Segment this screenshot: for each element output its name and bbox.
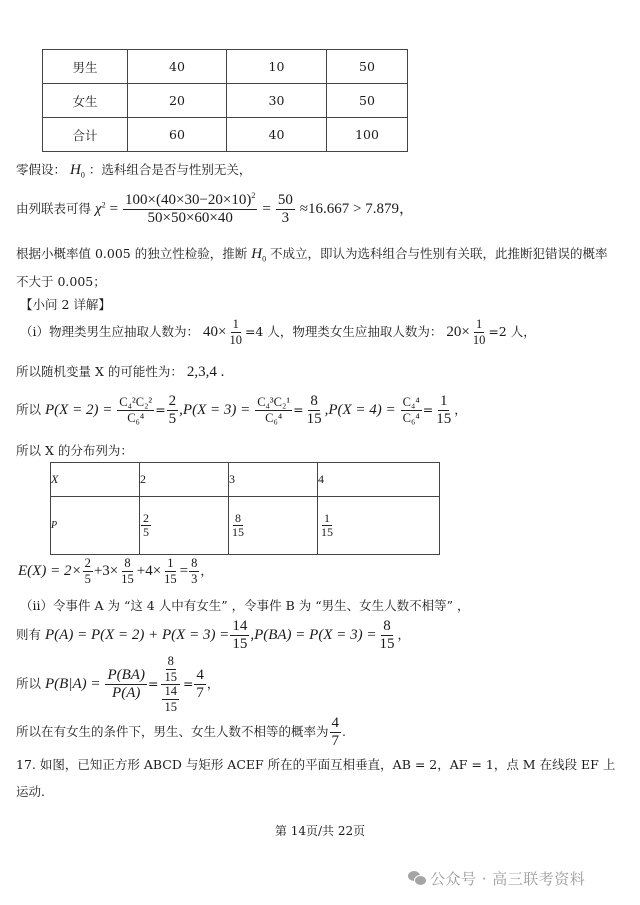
operator: +3× [94, 563, 118, 579]
sampling-text: （ⅰ）物理类男生应抽取人数为： [20, 324, 199, 339]
fraction: 815 [305, 393, 324, 428]
fraction: 815 [119, 557, 136, 586]
equals-sign: = [110, 201, 118, 217]
denominator: 3 [280, 210, 292, 227]
equals-sign: = [262, 201, 270, 217]
header-cell: 3 [229, 463, 318, 497]
denominator: 3 [189, 572, 199, 586]
pa-prefix: 则有 [16, 627, 41, 642]
denominator: 15 [319, 526, 335, 540]
table-cell: 100 [327, 118, 408, 152]
numerator: C₄²C₂² [117, 396, 154, 411]
fraction: 25 [83, 557, 93, 586]
fraction: 110 [471, 318, 488, 347]
hypothesis-text: ：选科组合是否与性别无关， [89, 162, 252, 177]
fraction: 1415 [230, 618, 249, 653]
punctuation: ， [397, 627, 410, 642]
part2-heading: 【小问 2 详解】 [20, 295, 111, 313]
numerator: 14 [230, 618, 249, 636]
table-cell: 815 [229, 497, 318, 555]
chi-comparison: ≈16.667 > 7.879， [300, 201, 414, 217]
sampling-line: （ⅰ）物理类男生应抽取人数为： 40×110=4 人，物理类女生应抽取人数为： … [20, 318, 536, 347]
row-label: 女生 [43, 84, 128, 118]
table-cell: 20 [128, 84, 227, 118]
distribution-intro: 所以 X 的分布列为： [16, 441, 133, 459]
final-answer: 所以在有女生的条件下，男生、女生人数不相等的概率为47. [16, 715, 346, 750]
numerator: P(BA) [105, 667, 146, 685]
fraction: 83 [189, 557, 199, 586]
table-row: X 2 3 4 [51, 463, 440, 497]
header-cell: 2 [140, 463, 229, 497]
calc-factor: 20× [446, 324, 469, 340]
numerator: 8 [233, 512, 243, 526]
numerator: 2 [141, 512, 151, 526]
comb-fraction: C₄³C₂¹C₆⁴ [255, 396, 292, 425]
h0-subscript: 0 [262, 255, 266, 264]
numerator: 50 [276, 192, 295, 210]
denominator: 7 [330, 733, 342, 750]
table-row: 合计 60 40 100 [43, 118, 408, 152]
numerator: 4 [194, 667, 206, 685]
table-row: P 25 815 115 [51, 497, 440, 555]
numerator: 8 [189, 557, 199, 572]
fraction: 47 [194, 667, 206, 702]
denominator: 15 [164, 670, 177, 684]
p-x-2-label: P(X = 2) = [45, 402, 112, 418]
header-cell: X [51, 463, 140, 497]
numerator: C₄⁴ [401, 396, 422, 411]
events-definition: （ⅱ）令事件 A 为 “这 4 人中有女生” ，令事件 B 为 “男生、女生人数… [20, 596, 469, 614]
numerator: 1 [438, 393, 450, 411]
numerator: C₄³C₂¹ [255, 396, 292, 411]
table-cell: 60 [128, 118, 227, 152]
conclusion-text: 根据小概率值 0.005 的独立性检验，推断 [16, 246, 247, 261]
problem-17-line-2: 运动. [16, 782, 45, 800]
denominator: 5 [167, 411, 179, 428]
numerator: 2 [167, 393, 179, 411]
chi-denominator: 50×50×60×40 [146, 210, 235, 227]
h0-symbol: H [251, 246, 262, 262]
table-row: 女生 20 30 50 [43, 84, 408, 118]
numerator: 8 [122, 557, 132, 572]
contingency-table: 男生 40 10 50 女生 20 30 50 合计 60 40 100 [42, 49, 408, 152]
fraction: 25 [141, 512, 151, 540]
denominator: 15 [434, 411, 453, 428]
values-line: 所以随机变量 X 的可能性为： 2,3,4 . [16, 362, 224, 381]
fraction: 115 [319, 512, 335, 540]
fraction: 115 [162, 557, 179, 586]
denominator: C₆⁴ [401, 411, 422, 425]
table-cell: 50 [327, 50, 408, 84]
denominator: 5 [141, 526, 151, 540]
pa-line: 则有 P(A) = P(X = 2) + P(X = 3) =1415,P(BA… [16, 618, 410, 653]
expectation-label: E(X) = 2× [18, 563, 82, 579]
chi-prefix: 由列联表可得 [16, 201, 91, 216]
punctuation: ， [207, 676, 220, 691]
numerator: 8 [308, 393, 320, 411]
fraction: 47 [330, 715, 342, 750]
chi-exponent: 2 [102, 201, 106, 210]
problem-17-line-1: 17. 如图，已知正方形 ABCD 与矩形 ACEF 所在的平面互相垂直，AB … [16, 755, 615, 773]
numerator: 1 [474, 318, 484, 333]
calc-result: =4 人，物理类女生应抽取人数为： [245, 324, 442, 339]
denominator: 5 [83, 572, 93, 586]
watermark: 公众号 · 高三联考资料 [408, 868, 585, 889]
punctuation: ， [200, 563, 213, 578]
nested-fraction: 815 1415 [159, 655, 182, 714]
numerator: 1 [165, 557, 175, 572]
operator: +4× [137, 563, 161, 579]
p-label-cell: P [51, 497, 140, 555]
chi-numerator: 100×(40×30−20×10) [125, 192, 251, 208]
cond-prefix: 所以 [16, 676, 41, 691]
p-x-3-label: ,P(X = 3) = [179, 402, 250, 418]
numerator: 2 [83, 557, 93, 572]
chi-square-formula: 由列联表可得 χ2 = 100×(40×30−20×10)2 50×50×60×… [16, 192, 414, 227]
denominator: 15 [377, 636, 396, 653]
table-cell: 10 [227, 50, 327, 84]
table-cell: 115 [318, 497, 440, 555]
numerator: 8 [166, 655, 176, 670]
pa-expression: P(A) = P(X = 2) + P(X = 3) = [45, 627, 229, 643]
final-text: 所以在有女生的条件下，男生、女生人数不相等的概率为 [16, 724, 329, 739]
denominator: C₆⁴ [263, 411, 284, 425]
table-row: 男生 40 10 50 [43, 50, 408, 84]
h0-subscript: 0 [81, 171, 85, 180]
page-number: 第 14页/共 22页 [0, 822, 640, 839]
expectation-line: E(X) = 2×25+3×815+4×115=83， [18, 557, 213, 586]
pba-expression: ,P(BA) = P(X = 3) = [250, 627, 376, 643]
conclusion-line-1: 根据小概率值 0.005 的独立性检验，推断 H0 不成立，即认为选科组合与性别… [16, 244, 608, 264]
punctuation: . [342, 724, 346, 739]
chi-numerator-exponent: 2 [251, 191, 255, 200]
denominator: 15 [230, 526, 246, 540]
fraction: 815 [164, 655, 177, 684]
table-cell: 40 [128, 50, 227, 84]
denominator: 15 [230, 636, 249, 653]
distribution-table: X 2 3 4 P 25 815 115 [50, 462, 440, 555]
fraction: P(BA)P(A) [105, 667, 146, 702]
denominator: 7 [194, 685, 206, 702]
table-cell: 30 [227, 84, 327, 118]
fraction: 25 [167, 393, 179, 428]
header-cell: 4 [318, 463, 440, 497]
conclusion-text: 不成立，即认为选科组合与性别有关联，此推断犯错误的概率 [270, 246, 608, 261]
prob-prefix: 所以 [16, 402, 41, 417]
chi-fraction: 100×(40×30−20×10)2 50×50×60×40 [123, 192, 257, 227]
row-label: 男生 [43, 50, 128, 84]
numerator: 4 [330, 715, 342, 733]
hypothesis-prefix: 零假设： [16, 162, 66, 177]
denominator: 15 [305, 411, 324, 428]
comb-fraction: C₄²C₂²C₆⁴ [117, 396, 154, 425]
fraction: 815 [230, 512, 246, 540]
p-x-4-label: ,P(X = 4) = [325, 402, 396, 418]
fraction: 110 [227, 318, 244, 347]
table-cell: 40 [227, 118, 327, 152]
values-text: 所以随机变量 X 的可能性为： [16, 364, 183, 379]
denominator: 15 [162, 572, 179, 586]
denominator: 10 [227, 333, 244, 347]
numerator: 8 [381, 618, 393, 636]
chi-result-fraction: 50 3 [276, 192, 295, 227]
numerator: 1 [231, 318, 241, 333]
wechat-icon [408, 871, 426, 885]
fraction: 1415 [162, 685, 179, 714]
conclusion-line-2: 不大于 0.005； [16, 272, 106, 290]
probabilities-line: 所以 P(X = 2) = C₄²C₂²C₆⁴=25,P(X = 3) = C₄… [16, 393, 467, 428]
denominator: 15 [119, 572, 136, 586]
watermark-text: 公众号 · 高三联考资料 [430, 870, 585, 888]
calc-result: =2 人， [488, 324, 535, 339]
null-hypothesis: 零假设： H0 ：选科组合是否与性别无关， [16, 160, 251, 180]
row-label: 合计 [43, 118, 128, 152]
calc-factor: 40× [203, 324, 226, 340]
denominator: 10 [471, 333, 488, 347]
denominator: P(A) [110, 685, 142, 702]
denominator: 15 [162, 700, 179, 714]
comb-fraction: C₄⁴C₆⁴ [401, 396, 422, 425]
table-cell: 50 [327, 84, 408, 118]
numerator: 1 [322, 512, 332, 526]
fraction: 815 [377, 618, 396, 653]
fraction: 115 [434, 393, 453, 428]
denominator: C₆⁴ [125, 411, 146, 425]
equals-sign: = [180, 563, 188, 579]
chi-symbol: χ [95, 201, 102, 217]
values-list: 2,3,4 . [187, 364, 225, 380]
table-cell: 25 [140, 497, 229, 555]
conditional-probability: 所以 P(B|A) = P(BA)P(A)= 815 1415 =47， [16, 655, 219, 714]
h0-symbol: H [70, 162, 81, 178]
cond-expression: P(B|A) = [45, 676, 100, 692]
numerator: 14 [162, 685, 179, 700]
